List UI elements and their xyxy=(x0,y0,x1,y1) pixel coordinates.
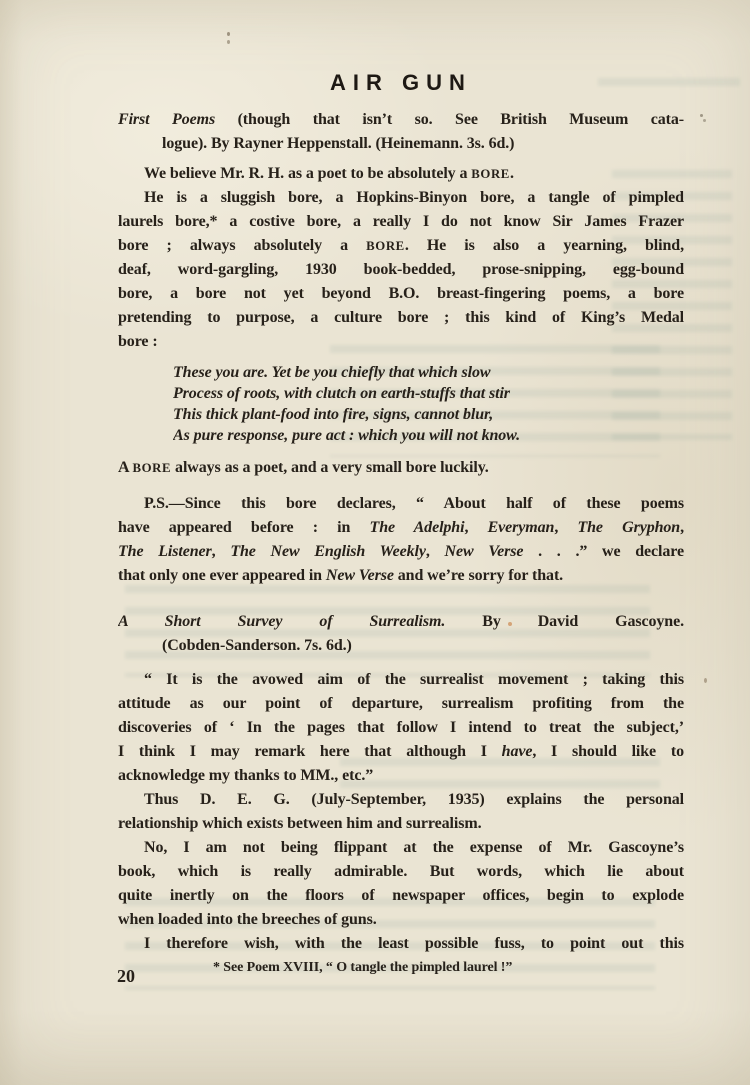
postscript-paragraph: P.S.—Since this bore declares, “ About h… xyxy=(118,492,684,588)
page-number: 20 xyxy=(117,966,135,987)
paragraph: “ It is the avowed aim of the surrealist… xyxy=(118,668,684,788)
ink-speck xyxy=(700,114,703,117)
text-line: have appeared before : in The Adelphi, E… xyxy=(118,516,684,540)
text-line: P.S.—Since this bore declares, “ About h… xyxy=(118,492,684,516)
paragraph: I therefore wish, with the least possibl… xyxy=(118,932,684,956)
paragraph: No, I am not being flippant at the expen… xyxy=(118,836,684,932)
text-line: attitude as our point of departure, surr… xyxy=(118,692,684,716)
ink-speck xyxy=(704,678,707,683)
text-line: deaf, word-gargling, 1930 book-bedded, p… xyxy=(118,258,684,282)
text-line: bore, a bore not yet beyond B.O. breast-… xyxy=(118,282,684,306)
paragraph: He is a sluggish bore, a Hopkins-Binyon … xyxy=(118,186,684,354)
text-line: First Poems (though that isn’t so. See B… xyxy=(118,108,684,132)
text-line: book, which is really admirable. But wor… xyxy=(118,860,684,884)
text-line: (Cobden-Sanderson. 7s. 6d.) xyxy=(118,634,684,658)
text-line: These you are. Yet be you chiefly that w… xyxy=(173,362,684,383)
text-line: discoveries of ‘ In the pages that follo… xyxy=(118,716,684,740)
book-heading-first-poems: First Poems (though that isn’t so. See B… xyxy=(118,108,684,156)
text-line: We believe Mr. R. H. as a poet to be abs… xyxy=(118,162,684,186)
text-line: * See Poem XVIII, “ O tangle the pimpled… xyxy=(213,958,684,978)
ink-speck xyxy=(227,32,230,36)
text-line: laurels bore,* a costive bore, a really … xyxy=(118,210,684,234)
text-line: bore ; always absolutely a BORE. He is a… xyxy=(118,234,684,258)
text-line: that only one ever appeared in New Verse… xyxy=(118,564,684,588)
page-content: AIR GUN First Poems (though that isn’t s… xyxy=(118,70,684,978)
paragraph: We believe Mr. R. H. as a poet to be abs… xyxy=(118,162,684,186)
text-line: I therefore wish, with the least possibl… xyxy=(118,932,684,956)
text-line: acknowledge my thanks to MM., etc.” xyxy=(118,764,684,788)
text-line: when loaded into the breeches of guns. xyxy=(118,908,684,932)
text-line: No, I am not being flippant at the expen… xyxy=(118,836,684,860)
text-line: I think I may remark here that although … xyxy=(118,740,684,764)
text-line: relationship which exists between him an… xyxy=(118,812,684,836)
book-heading-surrealism: A Short Survey of Surrealism. By David G… xyxy=(118,610,684,658)
text-line: A Short Survey of Surrealism. By David G… xyxy=(118,610,684,634)
scanned-book-page: AIR GUN First Poems (though that isn’t s… xyxy=(0,0,750,1085)
text-line: Process of roots, with clutch on earth-s… xyxy=(173,383,684,404)
text-line: “ It is the avowed aim of the surrealist… xyxy=(118,668,684,692)
review-first-poems: First Poems (though that isn’t so. See B… xyxy=(118,108,684,588)
paragraph: Thus D. E. G. (July-September, 1935) exp… xyxy=(118,788,684,836)
page-title: AIR GUN xyxy=(118,70,684,96)
text-line: This thick plant-food into fire, signs, … xyxy=(173,404,684,425)
text-line: A BORE always as a poet, and a very smal… xyxy=(118,456,684,480)
text-line: logue). By Rayner Heppenstall. (Heineman… xyxy=(118,132,684,156)
paragraph: A BORE always as a poet, and a very smal… xyxy=(118,456,684,480)
text-line: The Listener, The New English Weekly, Ne… xyxy=(118,540,684,564)
poem-quote: These you are. Yet be you chiefly that w… xyxy=(173,362,684,446)
text-line: As pure response, pure act : which you w… xyxy=(173,425,684,446)
footnote: * See Poem XVIII, “ O tangle the pimpled… xyxy=(213,958,684,978)
text-line: quite inertly on the floors of newspaper… xyxy=(118,884,684,908)
review-surrealism: A Short Survey of Surrealism. By David G… xyxy=(118,610,684,956)
text-line: Thus D. E. G. (July-September, 1935) exp… xyxy=(118,788,684,812)
text-line: bore : xyxy=(118,330,684,354)
text-line: pretending to purpose, a culture bore ; … xyxy=(118,306,684,330)
text-line: He is a sluggish bore, a Hopkins-Binyon … xyxy=(118,186,684,210)
